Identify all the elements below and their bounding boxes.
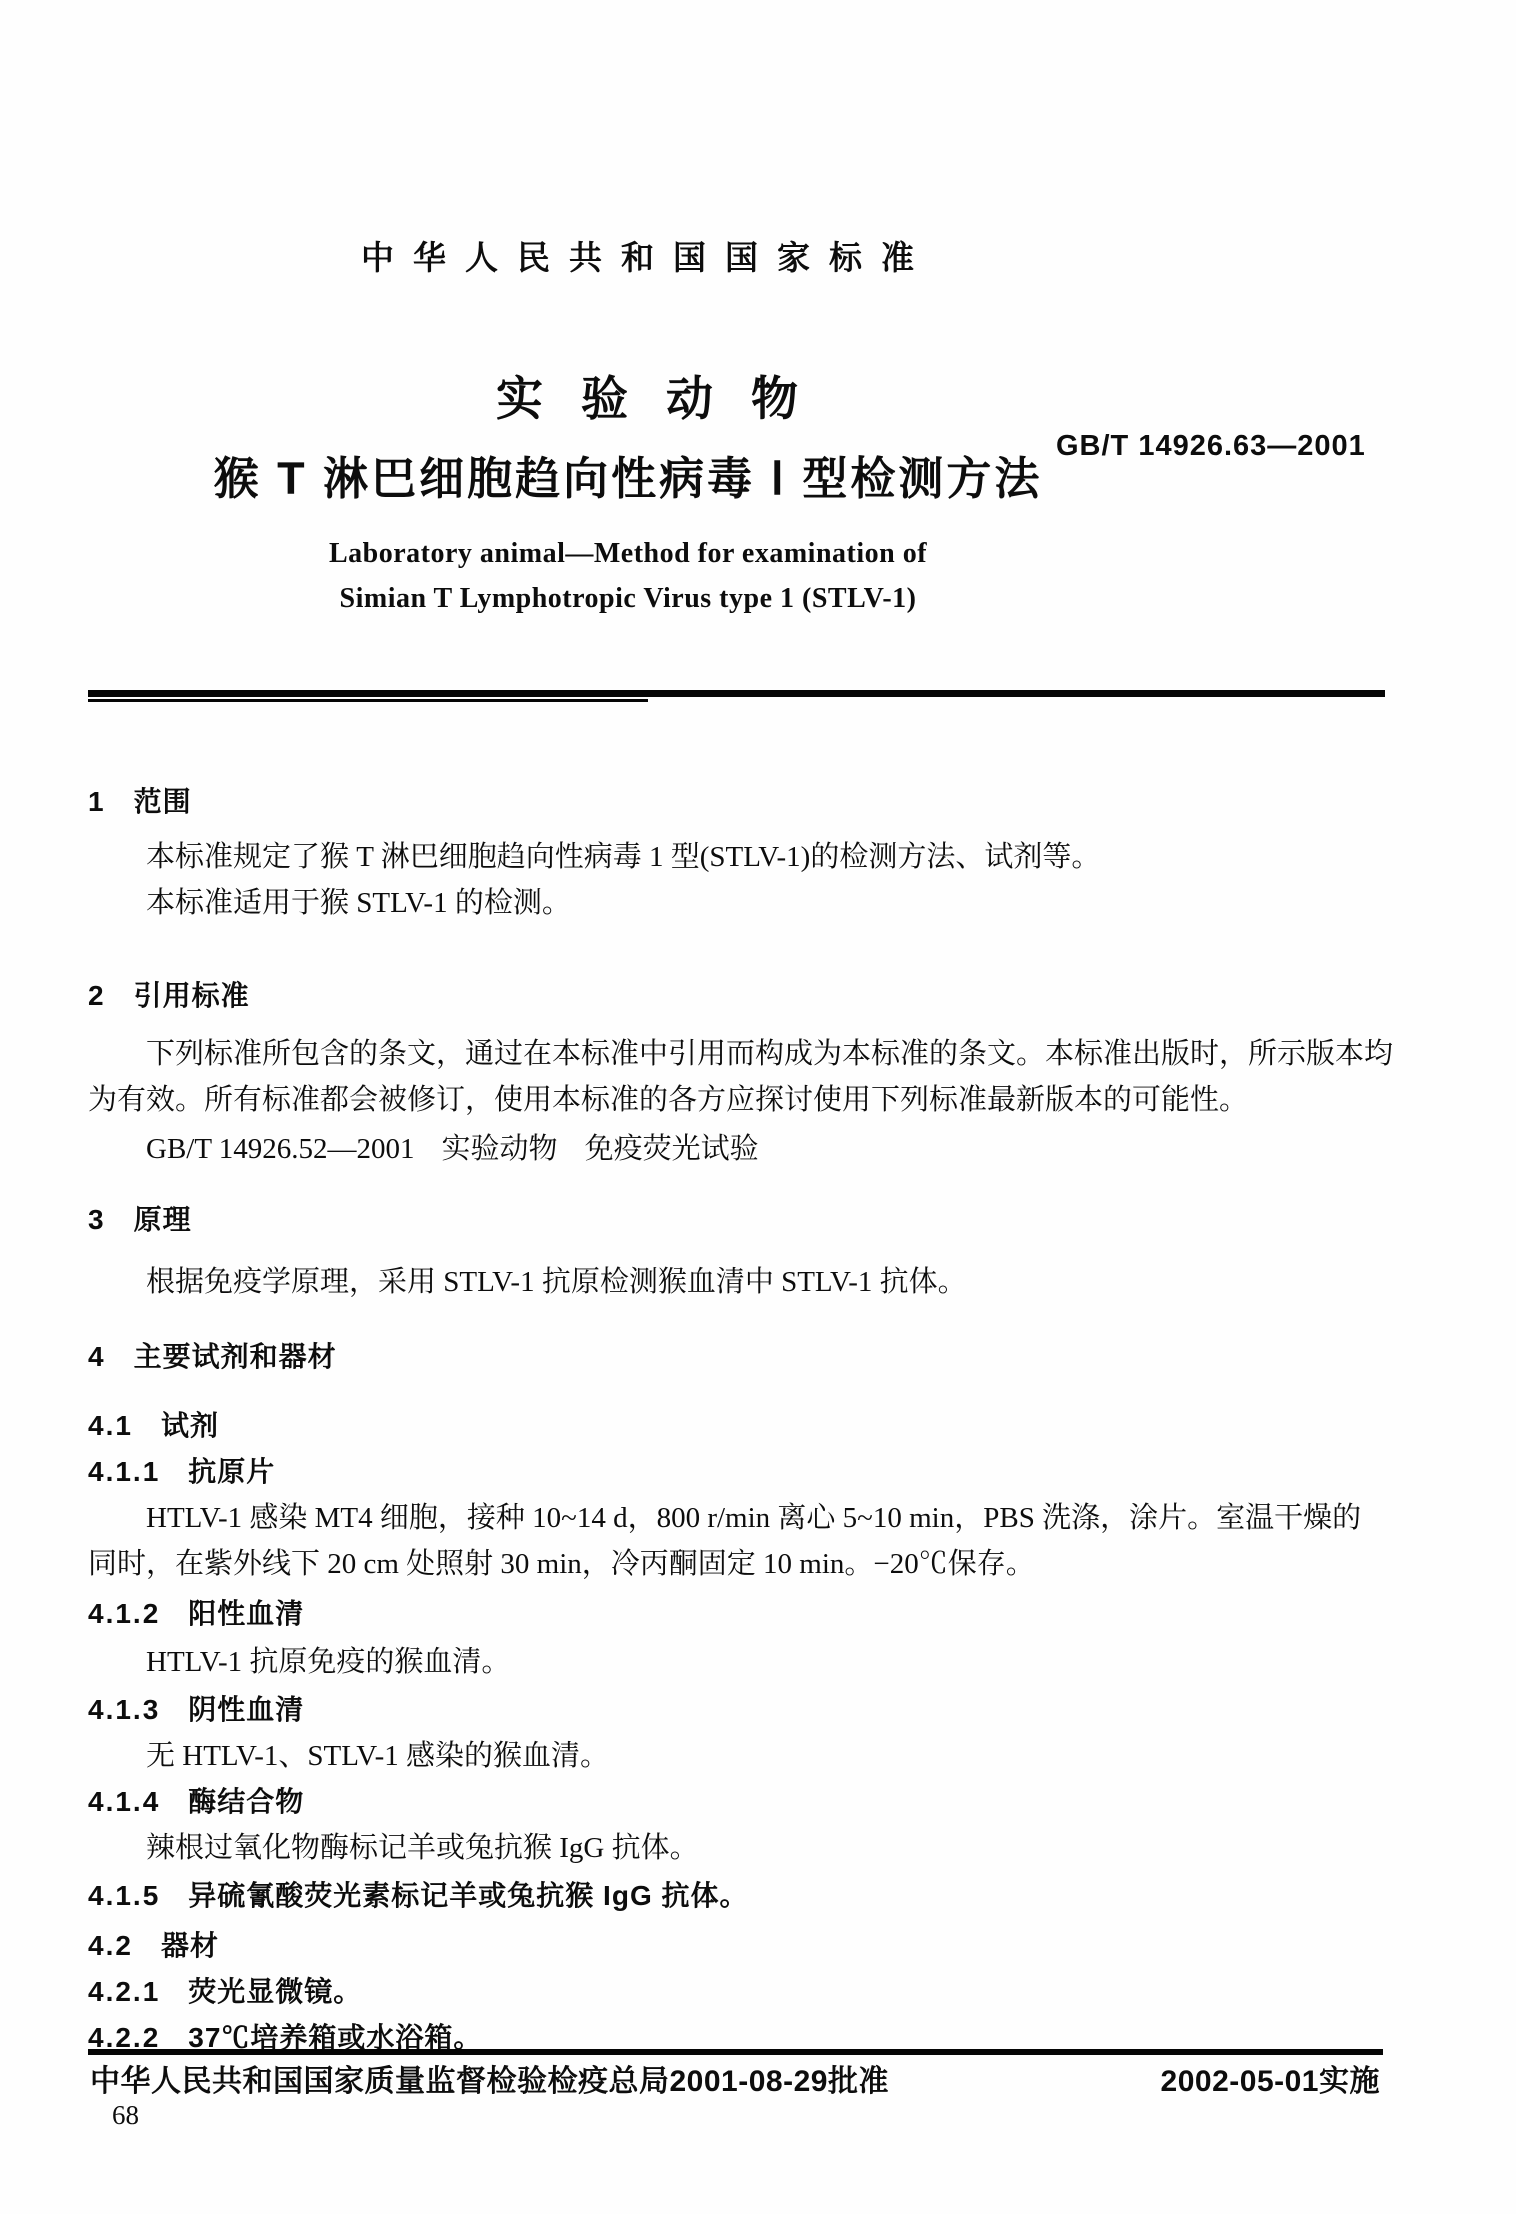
section-heading-2: 2引用标准: [88, 973, 1400, 1019]
section-title: 异硫氰酸荧光素标记羊或兔抗猴 IgG 抗体。: [188, 1880, 748, 1911]
section-heading-4-1-4: 4.1.4酶结合物: [88, 1779, 1400, 1825]
section-number: 1: [88, 786, 106, 817]
referenced-standard-method: 免疫荧光试验: [585, 1133, 759, 1165]
section-heading-4-1-2: 4.1.2阳性血清: [88, 1591, 1400, 1637]
referenced-standard: GB/T 14926.52—2001实验动物免疫荧光试验: [88, 1126, 1400, 1172]
section-heading-1: 1范围: [88, 779, 1400, 825]
section-title: 抗原片: [188, 1456, 275, 1487]
paragraph-line: 下列标准所包含的条文，通过在本标准中引用而构成为本标准的条文。本标准出版时，所示…: [88, 1031, 1400, 1077]
section-number: 4.1.4: [88, 1786, 160, 1817]
footer-divider: [88, 2049, 1383, 2055]
section-title: 荧光显微镜。: [188, 1976, 362, 2007]
header-divider-echo: [88, 699, 648, 702]
paragraph-line: 无 HTLV-1、STLV-1 感染的猴血清。: [88, 1733, 1400, 1779]
section-heading-4-1-5: 4.1.5异硫氰酸荧光素标记羊或兔抗猴 IgG 抗体。: [88, 1873, 1400, 1919]
section-heading-4-1-1: 4.1.1抗原片: [88, 1449, 1400, 1495]
section-title: 阴性血清: [188, 1694, 304, 1725]
section-title: 范围: [134, 786, 192, 817]
paragraph-line: 本标准适用于猴 STLV-1 的检测。: [88, 880, 1400, 926]
section-number: 4.1.1: [88, 1456, 160, 1487]
section-number: 4.2: [88, 1930, 133, 1961]
section-title: 阳性血清: [188, 1598, 304, 1629]
section-number: 2: [88, 980, 106, 1011]
title-chinese-line2: 猴 T 淋巴细胞趋向性病毒 Ⅰ 型检测方法: [88, 442, 1168, 507]
section-number: 4.1: [88, 1410, 133, 1441]
section-heading-4: 4主要试剂和器材: [88, 1334, 1400, 1380]
paragraph-line: 本标准规定了猴 T 淋巴细胞趋向性病毒 1 型(STLV-1)的检测方法、试剂等…: [88, 834, 1400, 880]
paragraph-line: 辣根过氧化物酶标记羊或兔抗猴 IgG 抗体。: [88, 1825, 1400, 1871]
paragraph-line: HTLV-1 感染 MT4 细胞，接种 10~14 d，800 r/min 离心…: [88, 1495, 1400, 1541]
standard-header: 中华人民共和国国家标准: [88, 232, 1187, 279]
document-page: 中华人民共和国国家标准 实验动物 猴 T 淋巴细胞趋向性病毒 Ⅰ 型检测方法 G…: [0, 0, 1516, 2214]
section-number: 4.1.3: [88, 1694, 160, 1725]
paragraph-line: 同时，在紫外线下 20 cm 处照射 30 min，冷丙酮固定 10 min。−…: [88, 1541, 1400, 1587]
standard-code: GB/T 14926.63—2001: [1056, 430, 1366, 463]
title-english-line2: Simian T Lymphotropic Virus type 1 (STLV…: [88, 583, 1168, 615]
section-number: 4: [88, 1341, 106, 1372]
referenced-standard-name: 实验动物: [442, 1133, 558, 1165]
section-number: 4.1.5: [88, 1880, 160, 1911]
section-title: 原理: [134, 1204, 192, 1235]
section-title: 试剂: [161, 1410, 219, 1441]
approval-note: 中华人民共和国国家质量监督检验检疫总局2001-08-29批准: [90, 2056, 889, 2100]
title-english-line1: Laboratory animal—Method for examination…: [88, 538, 1168, 570]
section-number: 4.2.1: [88, 1976, 160, 2007]
section-title: 器材: [161, 1930, 219, 1961]
section-heading-4-1-3: 4.1.3阴性血清: [88, 1687, 1400, 1733]
section-heading-4-1: 4.1试剂: [88, 1403, 1400, 1449]
paragraph-line: HTLV-1 抗原免疫的猴血清。: [88, 1639, 1400, 1685]
section-title: 主要试剂和器材: [134, 1341, 337, 1372]
implementation-note: 2002-05-01实施: [1161, 2056, 1380, 2100]
section-number: 4.1.2: [88, 1598, 160, 1629]
paragraph-line: 根据免疫学原理，采用 STLV-1 抗原检测猴血清中 STLV-1 抗体。: [88, 1259, 1400, 1305]
section-heading-4-2-1: 4.2.1荧光显微镜。: [88, 1969, 1400, 2015]
title-chinese-line1: 实验动物: [88, 362, 1206, 429]
document-body: 1范围 本标准规定了猴 T 淋巴细胞趋向性病毒 1 型(STLV-1)的检测方法…: [88, 779, 1400, 2061]
section-number: 3: [88, 1204, 106, 1235]
page-number: 68: [112, 2100, 139, 2131]
section-title: 引用标准: [134, 980, 250, 1011]
section-heading-4-2: 4.2器材: [88, 1923, 1400, 1969]
section-title: 酶结合物: [188, 1786, 304, 1817]
header-divider: [88, 690, 1385, 697]
section-heading-3: 3原理: [88, 1197, 1400, 1243]
paragraph-line: 为有效。所有标准都会被修订，使用本标准的各方应探讨使用下列标准最新版本的可能性。: [88, 1077, 1400, 1123]
referenced-standard-code: GB/T 14926.52—2001: [146, 1133, 415, 1165]
